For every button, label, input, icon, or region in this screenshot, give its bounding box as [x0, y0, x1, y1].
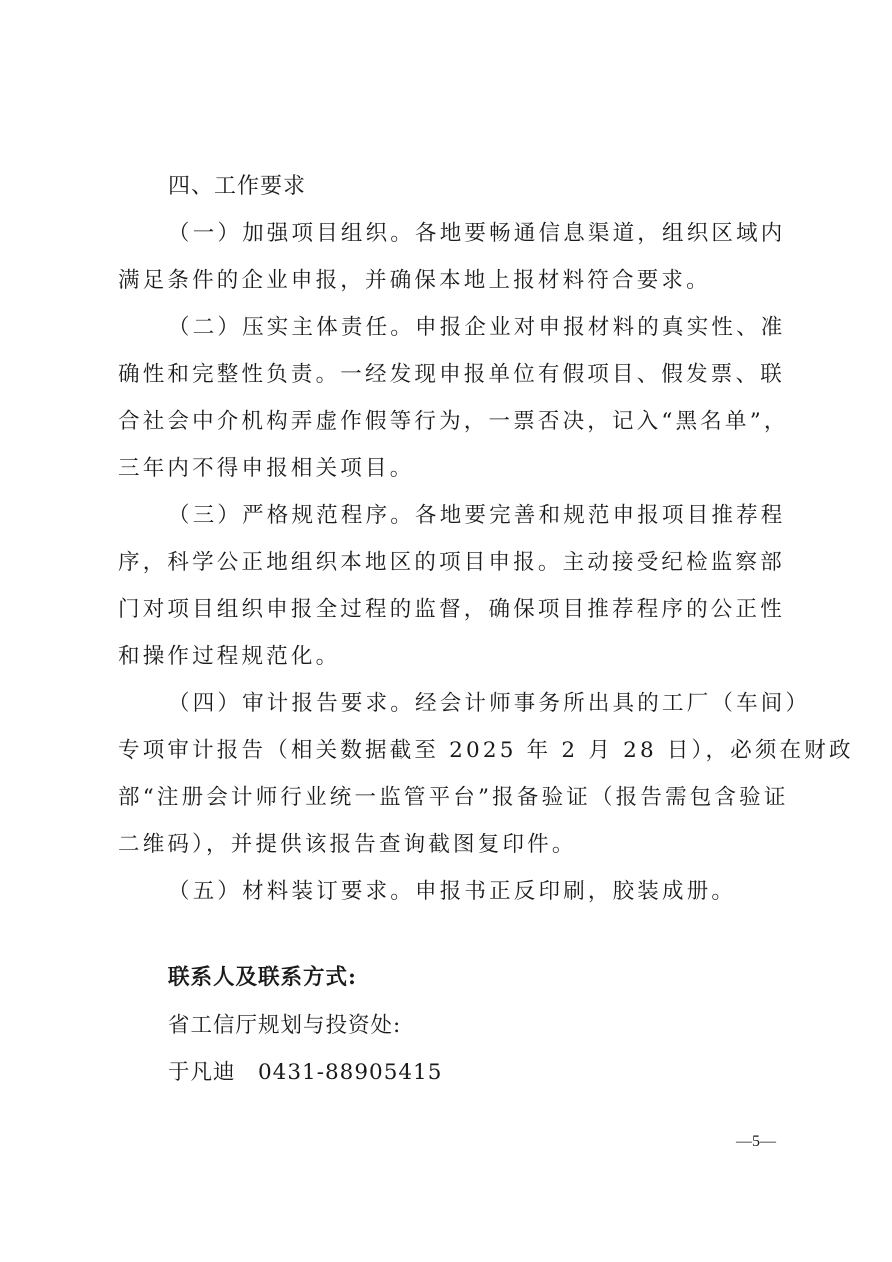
paragraph-line: 序，科学公正地组织本地区的项目申报。主动接受纪检监察部 [118, 548, 782, 578]
section-heading: 四、工作要求 [168, 172, 832, 202]
document-page: 四、工作要求 （一）加强项目组织。各地要畅通信息渠道，组织区域内 满足条件的企业… [0, 0, 892, 1262]
paragraph-line: 专项审计报告（相关数据截至 2025 年 2 月 28 日），必须在财政 [118, 736, 782, 766]
paragraph-line: （五）材料装订要求。申报书正反印刷，胶装成册。 [168, 877, 782, 907]
paragraph-line: 三年内不得申报相关项目。 [118, 454, 782, 484]
paragraph-line: 确性和完整性负责。一经发现申报单位有假项目、假发票、联 [118, 360, 782, 390]
page-number: —5— [736, 1131, 776, 1153]
paragraph-line: （四）审计报告要求。经会计师事务所出具的工厂（车间） [168, 689, 782, 719]
contact-department: 省工信厅规划与投资处: [168, 1011, 832, 1041]
paragraph-line: （三）严格规范程序。各地要完善和规范申报项目推荐程 [168, 501, 782, 531]
contact-title: 联系人及联系方式: [168, 963, 832, 993]
paragraph-line: 合社会中介机构弄虚作假等行为，一票否决，记入“黑名单”， [118, 407, 782, 437]
contact-person-phone: 于凡迪 0431-88905415 [168, 1058, 832, 1088]
paragraph-line: （二）压实主体责任。申报企业对申报材料的真实性、准 [168, 313, 782, 343]
paragraph-line: 满足条件的企业申报，并确保本地上报材料符合要求。 [118, 266, 782, 296]
paragraph-line: （一）加强项目组织。各地要畅通信息渠道，组织区域内 [168, 219, 782, 249]
paragraph-line: 和操作过程规范化。 [118, 642, 782, 672]
paragraph-line: 门对项目组织申报全过程的监督，确保项目推荐程序的公正性 [118, 595, 782, 625]
paragraph-line: 部“注册会计师行业统一监管平台”报备验证（报告需包含验证 [118, 783, 782, 813]
paragraph-line: 二维码），并提供该报告查询截图复印件。 [118, 830, 782, 860]
